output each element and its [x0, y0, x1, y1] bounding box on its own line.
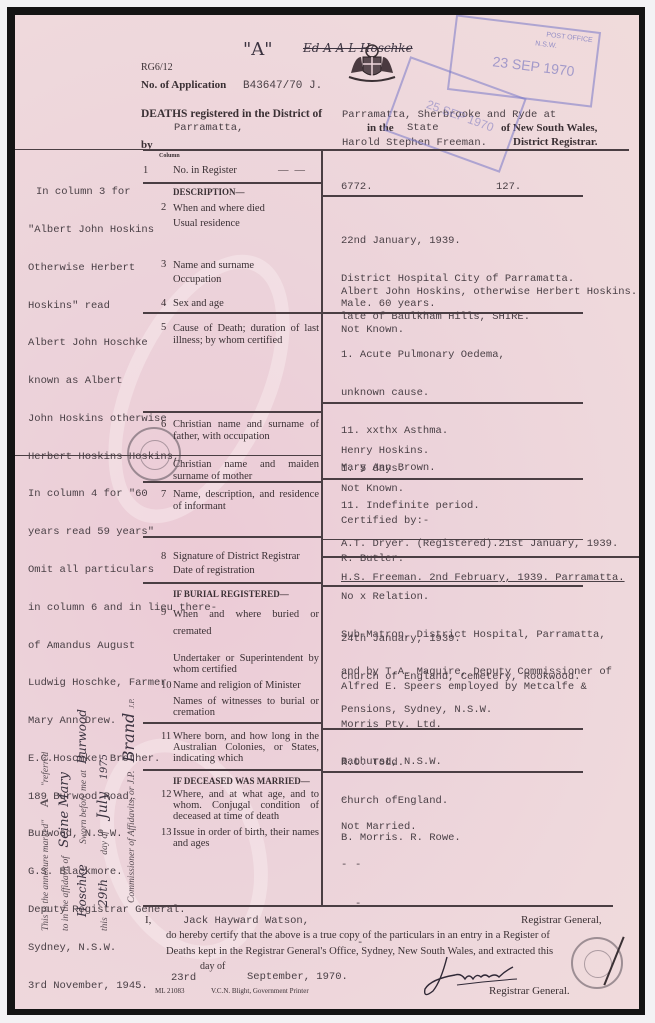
application-number: B43647/70 J.: [243, 80, 322, 92]
row-rule: [321, 728, 583, 730]
row-2-label-died: When and where died: [173, 203, 265, 215]
row-rule: [143, 182, 323, 184]
sex-and-age: Male. 60 years.: [341, 298, 436, 310]
row-2-number: 2: [161, 202, 166, 213]
register-number: 6772.: [341, 181, 373, 193]
row-13-label: Issue in order of birth, their names and…: [173, 827, 319, 849]
row-9-label: When and where buried or cremated: [173, 606, 319, 640]
district-registrar-title: District Registrar.: [513, 136, 598, 148]
death-certificate: RG6/12 "A" Ed A A L Hoschke No. of Appli…: [15, 15, 639, 1009]
row-rule: [321, 539, 583, 540]
registrar-general-seal: [571, 937, 623, 989]
government-printer: V.C.N. Blight, Government Printer: [211, 987, 309, 995]
row-6-number: 6: [161, 419, 166, 430]
form-code: RG6/12: [141, 62, 173, 73]
row-1-label: No. in Register: [173, 165, 237, 177]
row-9-number: 9: [161, 607, 166, 618]
row-7-label: Name, description, and residence of info…: [173, 489, 319, 513]
row-10-number: 10: [161, 680, 172, 691]
row-rule: [143, 411, 323, 413]
certification-month-year: September, 1970.: [247, 971, 348, 983]
affidavit-annexure-line2: to in the affidavit of Seine Mary: [57, 772, 72, 931]
row-12-label: Where, and at what age, and to whom. Con…: [173, 789, 319, 822]
district-continued: Parramatta,: [174, 122, 243, 134]
row-rule: [143, 722, 323, 724]
row-10-label-witnesses: Names of witnesses to burial or crematio…: [173, 696, 319, 718]
register-page: 127.: [496, 181, 521, 193]
row-8-number: 8: [161, 551, 166, 562]
day-of-label: day of: [200, 961, 225, 972]
header-rule: [143, 149, 629, 151]
row-4-label: Sex and age: [173, 298, 224, 310]
annexure-mark: "A": [243, 39, 273, 60]
affidavit-commissioner: Commissioner of Affidavits, or J.P. Bran…: [119, 698, 138, 903]
row-rule: [321, 312, 583, 314]
column-header: Column: [159, 153, 180, 159]
row-6-label-father: Christian name and surname of father, wi…: [173, 419, 319, 443]
column-divider: [321, 149, 323, 906]
row-rule: [321, 585, 583, 587]
row-1-number: 1: [143, 165, 148, 176]
row-3-label-name: Name and surname: [173, 260, 254, 272]
affidavit-annexure-line3: Hoschke Sworn before me at Burwood: [75, 709, 89, 931]
row-8-label-signature: Signature of District Registrar: [173, 551, 300, 563]
certification-line-1: do hereby certify that the above is a tr…: [166, 930, 550, 941]
printer-code: ML 21083: [155, 987, 185, 995]
deaths-registered-label: DEATHS registered in the District of: [141, 108, 322, 120]
row-rule: [321, 195, 583, 197]
registration-signature-date: H.S. Freeman. 2nd February, 1939. Parram…: [341, 572, 625, 584]
row-13-number: 13: [161, 827, 172, 838]
row-rule: [143, 769, 323, 771]
coat-of-arms-icon: [345, 43, 399, 83]
row-10-label-undertaker: Undertaker or Superintendent by whom cer…: [173, 653, 319, 675]
margin-top-rule: [15, 149, 143, 150]
row-4-number: 4: [161, 298, 166, 309]
row-11-number: 11: [161, 731, 171, 742]
row-3-number: 3: [161, 259, 166, 270]
row-rule: [321, 556, 639, 558]
row-7-number: 7: [161, 489, 166, 500]
row-rule: [15, 455, 323, 456]
row-2-label-residence: Usual residence: [173, 218, 240, 230]
row-12-number: 12: [161, 789, 172, 800]
registrar-general-name: Jack Hayward Watson,: [183, 915, 309, 927]
certificate-i: I,: [145, 914, 151, 926]
row-rule: [321, 478, 583, 480]
row-10-label-minister: Name and religion of Minister: [173, 680, 301, 692]
leader-dashes: ——: [278, 165, 311, 177]
burial-header: IF BURIAL REGISTERED—: [173, 589, 289, 599]
row-rule: [321, 771, 583, 773]
row-5-label: Cause of Death; duration of last illness…: [173, 323, 319, 347]
row-11-label: Where born, and how long in the Australi…: [173, 731, 319, 764]
row-rule: [143, 312, 323, 314]
row-rule: [143, 582, 323, 584]
row-8-label-date: Date of registration: [173, 565, 255, 577]
affidavit-annexure-line1: This is the annexure marked" A "referred: [37, 752, 52, 931]
registrar-general-signature-title: Registrar General.: [489, 985, 570, 997]
application-label: No. of Application: [141, 79, 226, 91]
registrar-general-title: Registrar General,: [521, 914, 602, 926]
row-rule: [321, 402, 583, 404]
row-3-label-occupation: Occupation: [173, 274, 221, 286]
row-rule: [143, 536, 323, 538]
description-header: DESCRIPTION—: [173, 187, 245, 197]
row-rule: [143, 481, 323, 483]
married-header: IF DECEASED WAS MARRIED—: [173, 776, 310, 786]
certification-day: 23rd: [171, 972, 196, 984]
row-6-label-mother: Christian name and maiden surname of mot…: [173, 459, 319, 483]
mother-maiden-name: Mary Ann Brown.: [341, 462, 436, 474]
row-5-number: 5: [161, 322, 166, 333]
certificate-rule: [143, 905, 613, 907]
affidavit-annexure-line4: this 29th day of July 1975: [95, 754, 111, 931]
